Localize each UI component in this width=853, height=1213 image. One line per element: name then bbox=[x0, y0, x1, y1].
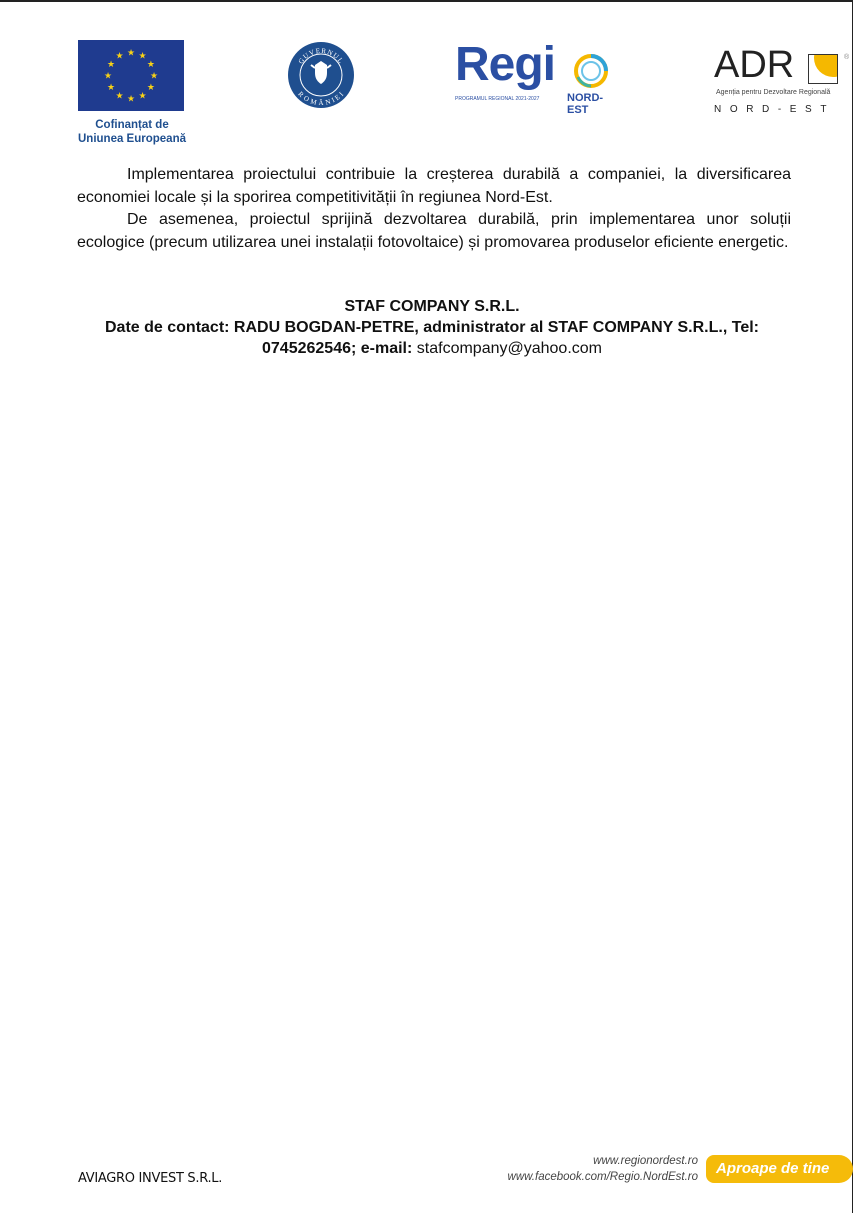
romanian-government-seal-icon: GUVERNUL ROMÂNIEI bbox=[287, 41, 355, 109]
svg-text:★: ★ bbox=[150, 71, 158, 81]
svg-text:★: ★ bbox=[107, 59, 115, 69]
footer-company: AVIAGRO INVEST S.R.L. bbox=[78, 1171, 222, 1186]
footer-links: www.regionordest.ro www.facebook.com/Reg… bbox=[508, 1153, 698, 1185]
svg-text:★: ★ bbox=[138, 90, 146, 100]
contact-phone: 0745262546; e-mail: bbox=[262, 340, 412, 357]
paragraph: Implementarea proiectului contribuie la … bbox=[77, 164, 791, 209]
company-name: STAF COMPANY S.R.L. bbox=[60, 296, 804, 317]
svg-text:★: ★ bbox=[147, 59, 155, 69]
slogan-badge: Aproape de tine bbox=[706, 1155, 853, 1183]
svg-text:★: ★ bbox=[107, 82, 115, 92]
document-body: Implementarea proiectului contribuie la … bbox=[77, 164, 791, 254]
adr-nord-est-logo: ADR ® Agenția pentru Dezvoltare Regional… bbox=[714, 50, 853, 120]
svg-text:★: ★ bbox=[115, 90, 123, 100]
adr-sun-box-icon bbox=[808, 54, 838, 84]
svg-text:★: ★ bbox=[127, 48, 135, 58]
website-link[interactable]: www.regionordest.ro bbox=[508, 1153, 698, 1169]
contact-line: Date de contact: RADU BOGDAN-PETRE, admi… bbox=[60, 317, 804, 338]
regio-o-ring-icon bbox=[573, 53, 609, 89]
eu-caption: Cofinanțat de Uniunea Europeană bbox=[73, 118, 191, 146]
regio-nord-est-logo: Regi PROGRAMUL REGIONAL 2021-2027 NORD-E… bbox=[455, 45, 615, 107]
facebook-link[interactable]: www.facebook.com/Regio.NordEst.ro bbox=[508, 1169, 698, 1185]
page-top-border bbox=[0, 0, 853, 2]
contact-email[interactable]: stafcompany@yahoo.com bbox=[417, 340, 602, 357]
svg-text:★: ★ bbox=[115, 51, 123, 61]
eu-flag-icon: ★★★★★★★★★★★★ bbox=[78, 40, 184, 111]
svg-text:★: ★ bbox=[147, 82, 155, 92]
svg-text:★: ★ bbox=[138, 51, 146, 61]
svg-text:★: ★ bbox=[127, 94, 135, 104]
svg-text:★: ★ bbox=[104, 71, 112, 81]
paragraph: De asemenea, proiectul sprijină dezvolta… bbox=[77, 209, 791, 254]
contact-block: STAF COMPANY S.R.L. Date de contact: RAD… bbox=[60, 296, 804, 359]
